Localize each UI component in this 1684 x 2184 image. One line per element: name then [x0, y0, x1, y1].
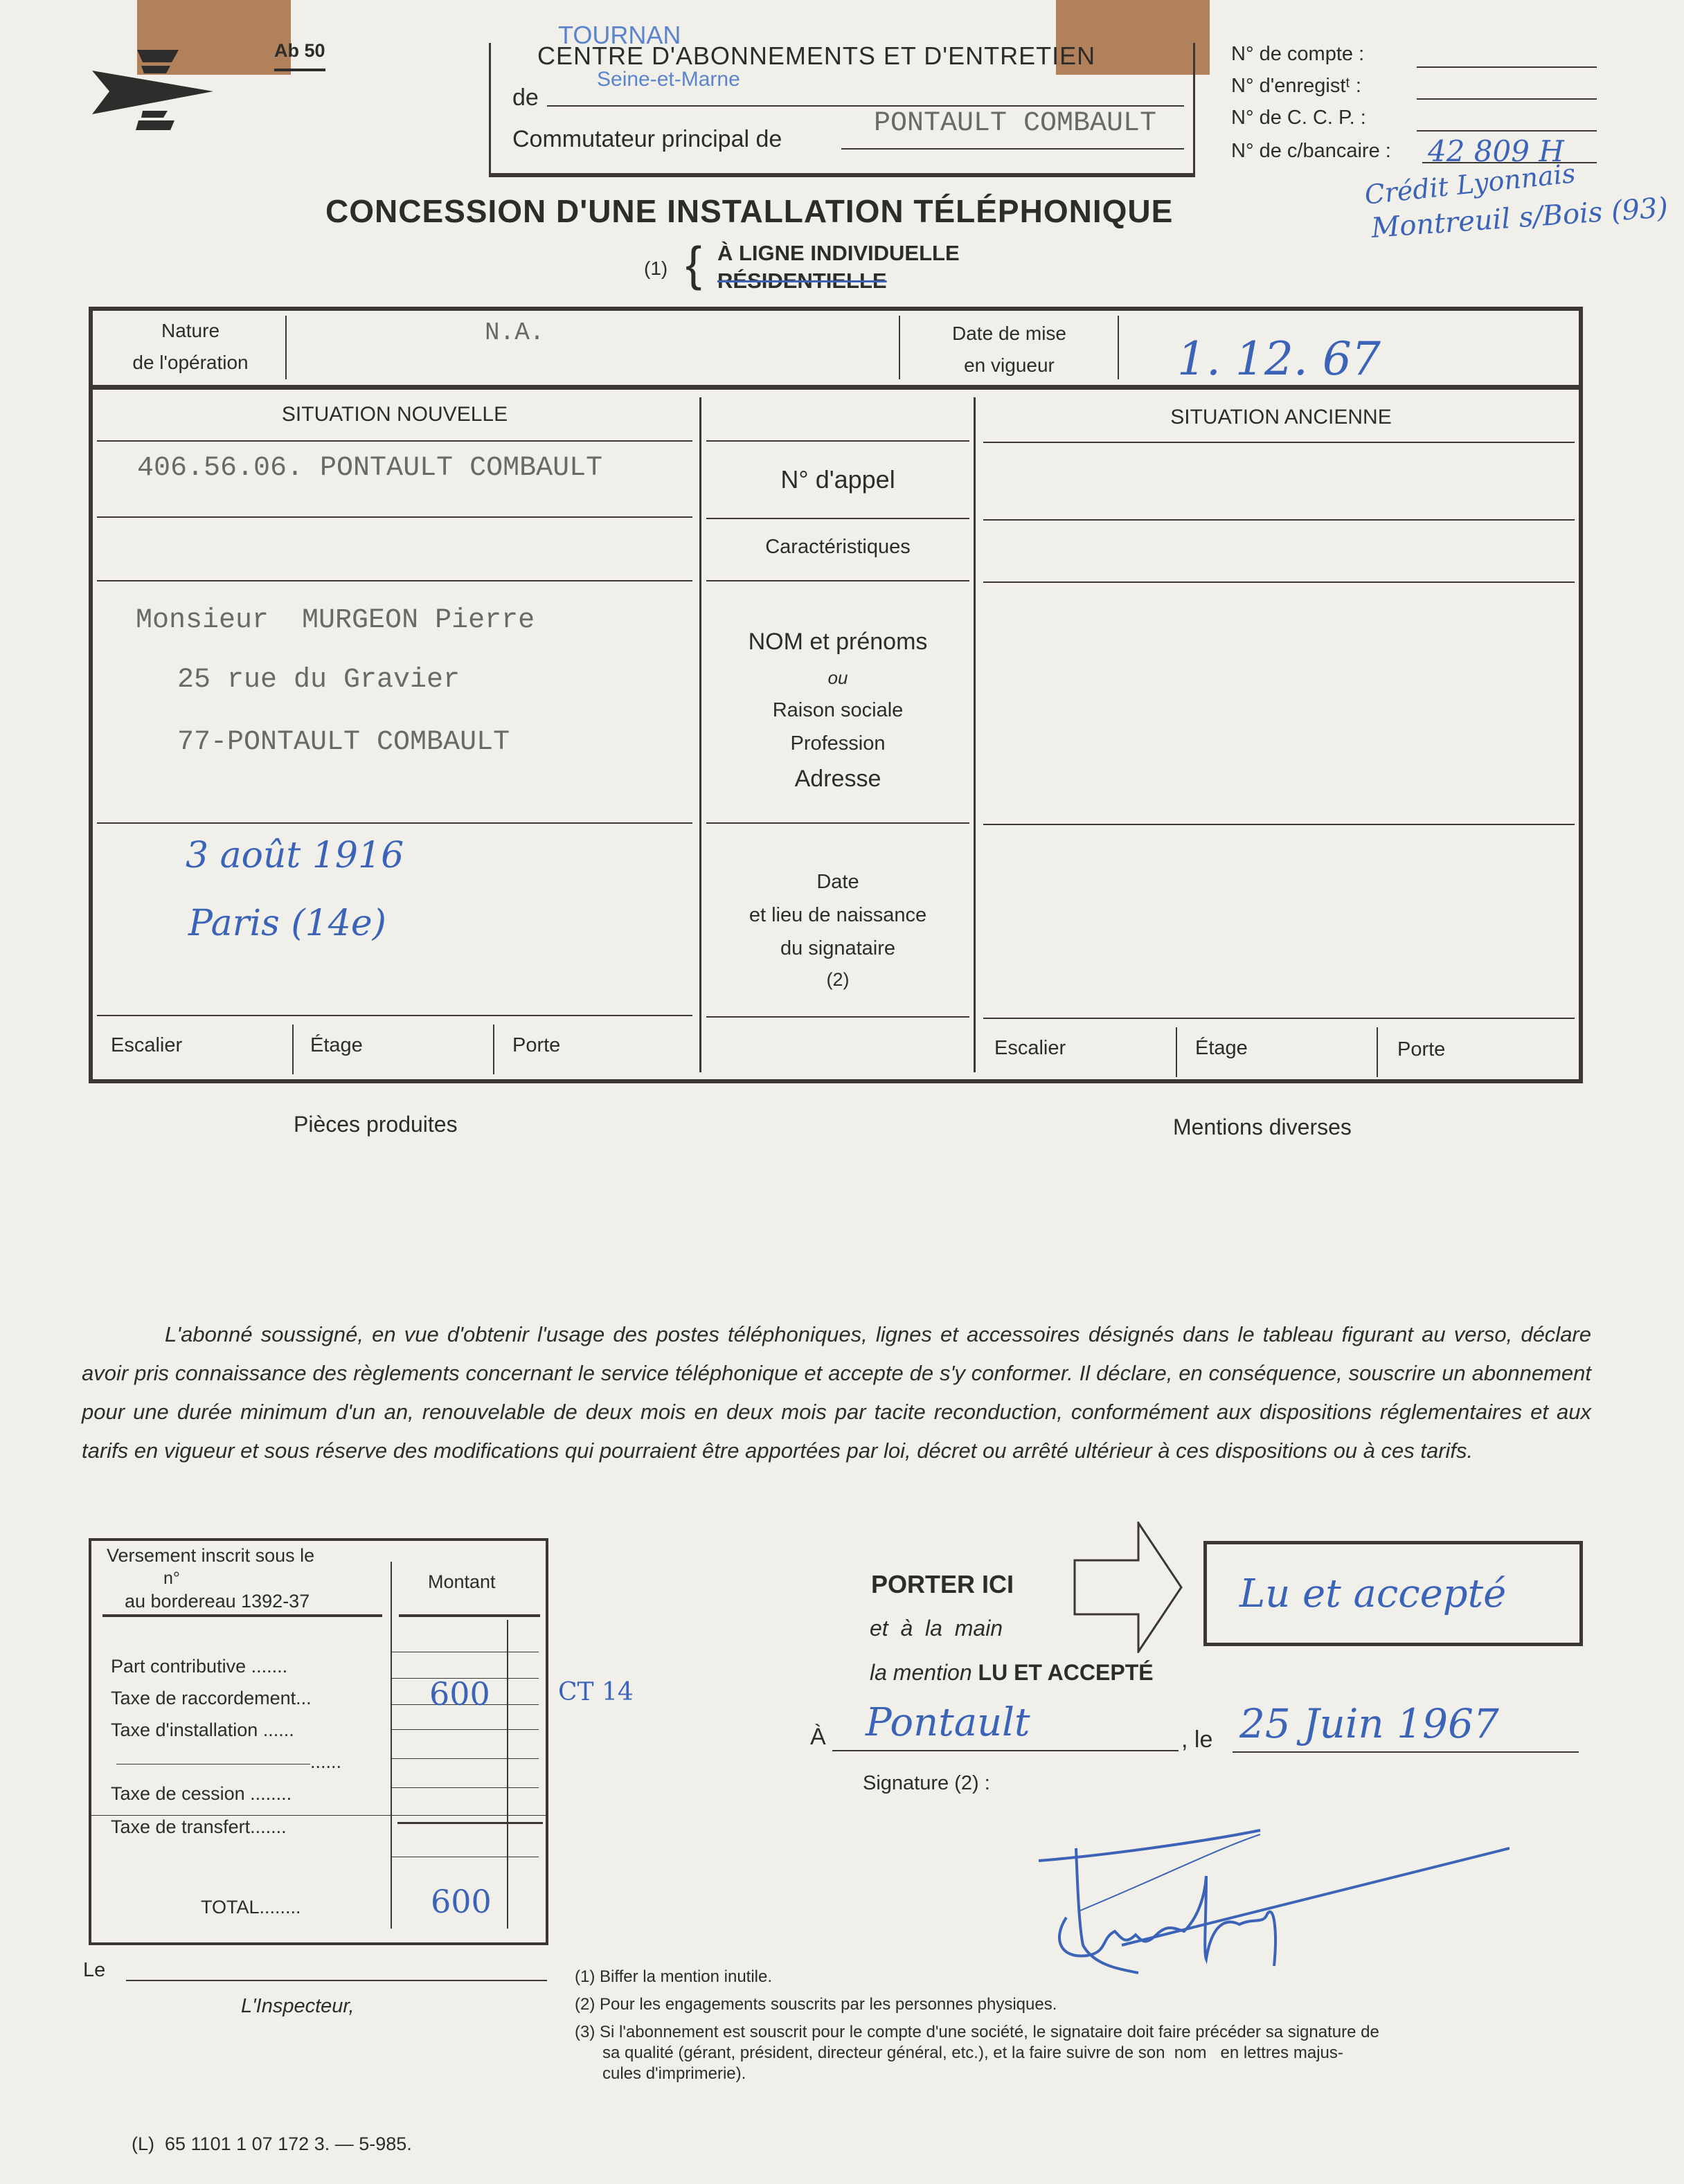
- nature-label-2: de l'opération: [104, 352, 277, 374]
- row-line-5b: [706, 1016, 969, 1018]
- row-line-3a: [97, 580, 692, 581]
- versement-row-2: Taxe d'installation ......: [111, 1720, 294, 1741]
- place-line: [832, 1750, 1179, 1751]
- sub-divider-4: [1377, 1027, 1378, 1077]
- declaration-text: L'abonné soussigné, en vue d'obtenir l'u…: [82, 1315, 1591, 1470]
- row-line-2a: [97, 516, 692, 518]
- subtitle-ref: (1): [644, 258, 668, 280]
- new-etage: Étage: [310, 1034, 363, 1057]
- versement-header-line-b: [399, 1614, 540, 1617]
- arrow-icon: [1073, 1522, 1184, 1653]
- sub-divider-2: [493, 1025, 494, 1074]
- versement-col-divider: [391, 1562, 392, 1929]
- row-line-5a: [97, 1015, 692, 1016]
- nature-label-1: Nature: [104, 320, 277, 342]
- inspecteur-title: L'Inspecteur,: [241, 1995, 355, 2018]
- versement-row-5: Taxe de transfert.......: [111, 1816, 287, 1838]
- row-label-raison: Raison sociale: [702, 699, 974, 722]
- row-line-1a: [97, 440, 692, 442]
- footnote-2: (2) Pour les engagements souscrits par l…: [575, 1995, 1057, 2014]
- form-code: Ab 50: [274, 40, 325, 71]
- row-label-lieu: et lieu de naissance: [702, 904, 974, 927]
- new-porte: Porte: [512, 1034, 560, 1057]
- nature-divider: [285, 316, 287, 379]
- row-line-3b: [706, 580, 969, 581]
- account-field-ccp[interactable]: N° de C. C. P. :: [1231, 107, 1366, 129]
- versement-blank-line: [116, 1764, 310, 1765]
- de-label: de: [512, 84, 539, 111]
- row-line-5c: [983, 1018, 1575, 1019]
- new-appel-value[interactable]: 406.56.06. PONTAULT COMBAULT: [137, 453, 602, 484]
- versement-row-4: Taxe de cession ........: [111, 1783, 292, 1805]
- subtitle-brace: {: [686, 240, 701, 288]
- porter-ici: PORTER ICI: [871, 1570, 1014, 1599]
- row-label-ou: ou: [702, 667, 974, 689]
- total-line-bottom: [392, 1857, 539, 1857]
- col-header-old: SITUATION ANCIENNE: [983, 406, 1579, 429]
- acceptance-box-text: Lu et accepté: [1239, 1571, 1506, 1616]
- row-label-ref2: (2): [702, 969, 974, 991]
- table-header-divider: [89, 385, 1583, 390]
- enregist-line: [1417, 98, 1597, 100]
- row-label-date: Date: [702, 871, 974, 894]
- versement-header-2: n°: [163, 1569, 180, 1589]
- commutateur-line: [841, 148, 1184, 150]
- row-line-2b: [706, 518, 969, 519]
- old-etage: Étage: [1195, 1037, 1248, 1060]
- date-value[interactable]: 1. 12. 67: [1177, 332, 1381, 386]
- row-label-appel: N° d'appel: [702, 465, 974, 494]
- row-line-1c: [983, 442, 1575, 443]
- sub-divider-1: [292, 1025, 294, 1074]
- versement-row-0: Part contributive .......: [111, 1656, 287, 1677]
- compte-line: [1417, 66, 1597, 68]
- sub-divider-3: [1176, 1027, 1177, 1077]
- de-line: [547, 105, 1184, 107]
- date-label-2: en vigueur: [904, 354, 1115, 377]
- mention-line: la mention LU ET ACCEPTÉ: [870, 1660, 1154, 1686]
- footnote-3: (3) Si l'abonnement est souscrit pour le…: [575, 2023, 1379, 2042]
- row-label-nom: NOM et prénoms: [702, 629, 974, 656]
- col-divider-2: [974, 397, 976, 1072]
- row-line-4c: [983, 824, 1575, 825]
- pieces-produites: Pièces produites: [294, 1112, 458, 1137]
- new-name-value[interactable]: Monsieur MURGEON Pierre: [136, 605, 535, 636]
- versement-row-3: ......: [310, 1751, 341, 1773]
- mentions-diverses: Mentions diverses: [1173, 1114, 1352, 1140]
- date-divider-left: [899, 316, 900, 379]
- new-birth-place[interactable]: Paris (14e): [188, 903, 386, 944]
- total-line-top: [397, 1822, 543, 1824]
- versement-inner-divider: [507, 1620, 508, 1929]
- row-label-profession: Profession: [702, 732, 974, 755]
- old-porte: Porte: [1397, 1038, 1445, 1061]
- versement-header-1: Versement inscrit sous le: [107, 1545, 314, 1567]
- versement-total-value[interactable]: 600: [431, 1883, 492, 1920]
- place-label: À: [810, 1724, 826, 1751]
- versement-header-line-a: [102, 1614, 382, 1617]
- col-divider-1: [699, 397, 701, 1072]
- ccp-line: [1417, 130, 1597, 132]
- date-le-label: , le: [1181, 1726, 1212, 1753]
- new-escalier: Escalier: [111, 1034, 182, 1057]
- old-escalier: Escalier: [994, 1037, 1066, 1060]
- row-line-2c: [983, 519, 1575, 521]
- amount-line-0: [392, 1652, 539, 1652]
- subtitle-option1: À LIGNE INDIVIDUELLE: [717, 241, 960, 266]
- versement-montant: Montant: [428, 1571, 496, 1593]
- acceptance-date[interactable]: 25 Juin 1967: [1239, 1700, 1499, 1747]
- stamp-de: Seine-et-Marne: [597, 68, 740, 91]
- date-label-1: Date de mise: [904, 323, 1115, 345]
- account-field-enregist[interactable]: N° d'enregistᵗ :: [1231, 75, 1361, 98]
- col-header-new: SITUATION NOUVELLE: [97, 403, 692, 426]
- new-addr1-value[interactable]: 25 rue du Gravier: [177, 665, 460, 696]
- versement-side-note: CT 14: [558, 1678, 634, 1706]
- versement-header-3: au bordereau 1392-37: [125, 1591, 310, 1612]
- row-label-caract: Caractéristiques: [702, 536, 974, 559]
- print-reference: (L) 65 1101 1 07 172 3. — 5-985.: [132, 2133, 412, 2155]
- row-line-4a: [97, 822, 692, 824]
- mention-bold: LU ET ACCEPTÉ: [978, 1660, 1154, 1685]
- amount-line-3: [392, 1729, 539, 1730]
- subtitle-option2: RÉSIDENTIELLE: [717, 269, 887, 294]
- versement-row-1: Taxe de raccordement...: [111, 1688, 312, 1709]
- amount-line-5: [392, 1787, 539, 1788]
- commutateur-label: Commutateur principal de: [512, 126, 782, 153]
- footnote-3b: sa qualité (gérant, président, directeur…: [602, 2043, 1343, 2063]
- a-la-main: et à la main: [870, 1616, 1003, 1641]
- footnote-3c: cules d'imprimerie).: [602, 2064, 746, 2084]
- ptt-logo-icon: [89, 48, 220, 132]
- commutateur-value[interactable]: PONTAULT COMBAULT: [874, 108, 1156, 139]
- row-line-3c: [983, 581, 1575, 583]
- signature-label: Signature (2) :: [863, 1772, 990, 1795]
- account-field-bancaire[interactable]: N° de c/bancaire :: [1231, 140, 1391, 163]
- mention-italic: la mention: [870, 1660, 972, 1685]
- inspecteur-line: [126, 1980, 547, 1981]
- date-divider-right: [1118, 316, 1119, 379]
- new-birth-date[interactable]: 3 août 1916: [186, 835, 404, 876]
- place-value[interactable]: Pontault: [866, 1700, 1030, 1745]
- inspecteur-le-label: Le: [83, 1959, 105, 1982]
- amount-line-4: [392, 1758, 539, 1759]
- date-line: [1233, 1751, 1579, 1753]
- new-addr2-value[interactable]: 77-PONTAULT COMBAULT: [177, 727, 510, 758]
- page-title: CONCESSION D'UNE INSTALLATION TÉLÉPHONIQ…: [325, 192, 1173, 230]
- footnote-1: (1) Biffer la mention inutile.: [575, 1967, 772, 1987]
- row-line-1b: [706, 440, 969, 442]
- account-field-compte[interactable]: N° de compte :: [1231, 43, 1364, 66]
- nature-value[interactable]: N.A.: [485, 318, 544, 347]
- row-label-signataire: du signataire: [702, 937, 974, 960]
- row-label-adresse: Adresse: [702, 766, 974, 793]
- stamp-top: TOURNAN: [558, 21, 681, 50]
- total-divider: [91, 1815, 546, 1816]
- row-line-4b: [706, 822, 969, 824]
- versement-total-label: TOTAL........: [201, 1897, 301, 1918]
- signature[interactable]: [1025, 1821, 1510, 1987]
- versement-value-raccordement[interactable]: 600: [429, 1675, 490, 1713]
